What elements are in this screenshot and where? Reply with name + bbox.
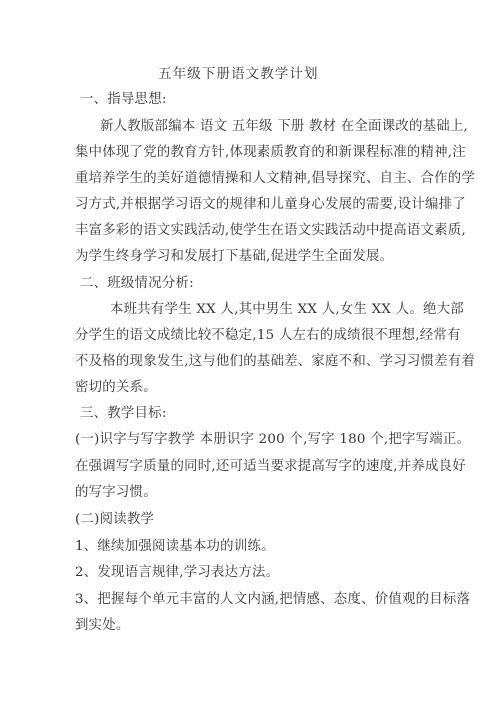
paragraph-line: 为学生终身学习和发展打下基础,促进学生全面发展。 xyxy=(75,249,393,265)
paragraph-line: 不及格的现象发生,这与他们的基础差、家庭不和、学习习惯差有着 xyxy=(75,354,475,370)
list-item-continuation: 到实处。 xyxy=(75,618,130,634)
paragraph-line: 密切的关系。 xyxy=(75,380,157,396)
paragraph-line: 分学生的语文成绩比较不稳定,15 人左右的成绩很不理想,经常有 xyxy=(75,328,461,344)
document-title: 五年级下册语文教学计划 xyxy=(158,66,319,82)
paragraph-line: 丰富多彩的语文实践活动,使学生在语文实践活动中提高语文素质, xyxy=(75,223,466,239)
paragraph-line: (一)识字与写字教学 本册识字 200 个,写字 180 个,把字写端正。 xyxy=(75,432,470,448)
list-item: 3、把握每个单元丰富的人文内涵,把情感、态度、价值观的目标落 xyxy=(75,592,470,608)
section-heading-teaching-goals: 三、教学目标: xyxy=(80,406,167,422)
paragraph-line: 在强调写字质量的同时,还可适当要求提高写字的速度,并养成良好 xyxy=(75,459,466,475)
section-heading-class-analysis: 二、班级情况分析: xyxy=(80,276,194,292)
paragraph-line: 重培养学生的美好道德情操和人文精神,倡导探究、自主、合作的学 xyxy=(75,171,475,187)
paragraph-line: 本班共有学生 XX 人,其中男生 XX 人,女生 XX 人。绝大部 xyxy=(110,302,464,318)
document-page: 五年级下册语文教学计划 一、指导思想: 新人教版部编本 语文 五年级 下册 教材… xyxy=(0,0,500,707)
section-heading-guiding-thought: 一、指导思想: xyxy=(80,92,167,108)
subsection-heading-reading: (二)阅读教学 xyxy=(75,512,154,528)
list-item: 1、继续加强阅读基本功的训练。 xyxy=(75,539,275,555)
list-item: 2、发现语言规律,学习表达方法。 xyxy=(75,565,279,581)
paragraph-line: 集中体现了党的教育方针,体现素质教育的和新课程标准的精神,注 xyxy=(75,145,466,161)
paragraph-line: 的写字习惯。 xyxy=(75,485,157,501)
paragraph-line: 习方式,并根据学习语文的规律和儿童身心发展的需要,设计编排了 xyxy=(75,197,466,213)
paragraph-line: 新人教版部编本 语文 五年级 下册 教材 在全面课改的基础上, xyxy=(100,119,468,135)
